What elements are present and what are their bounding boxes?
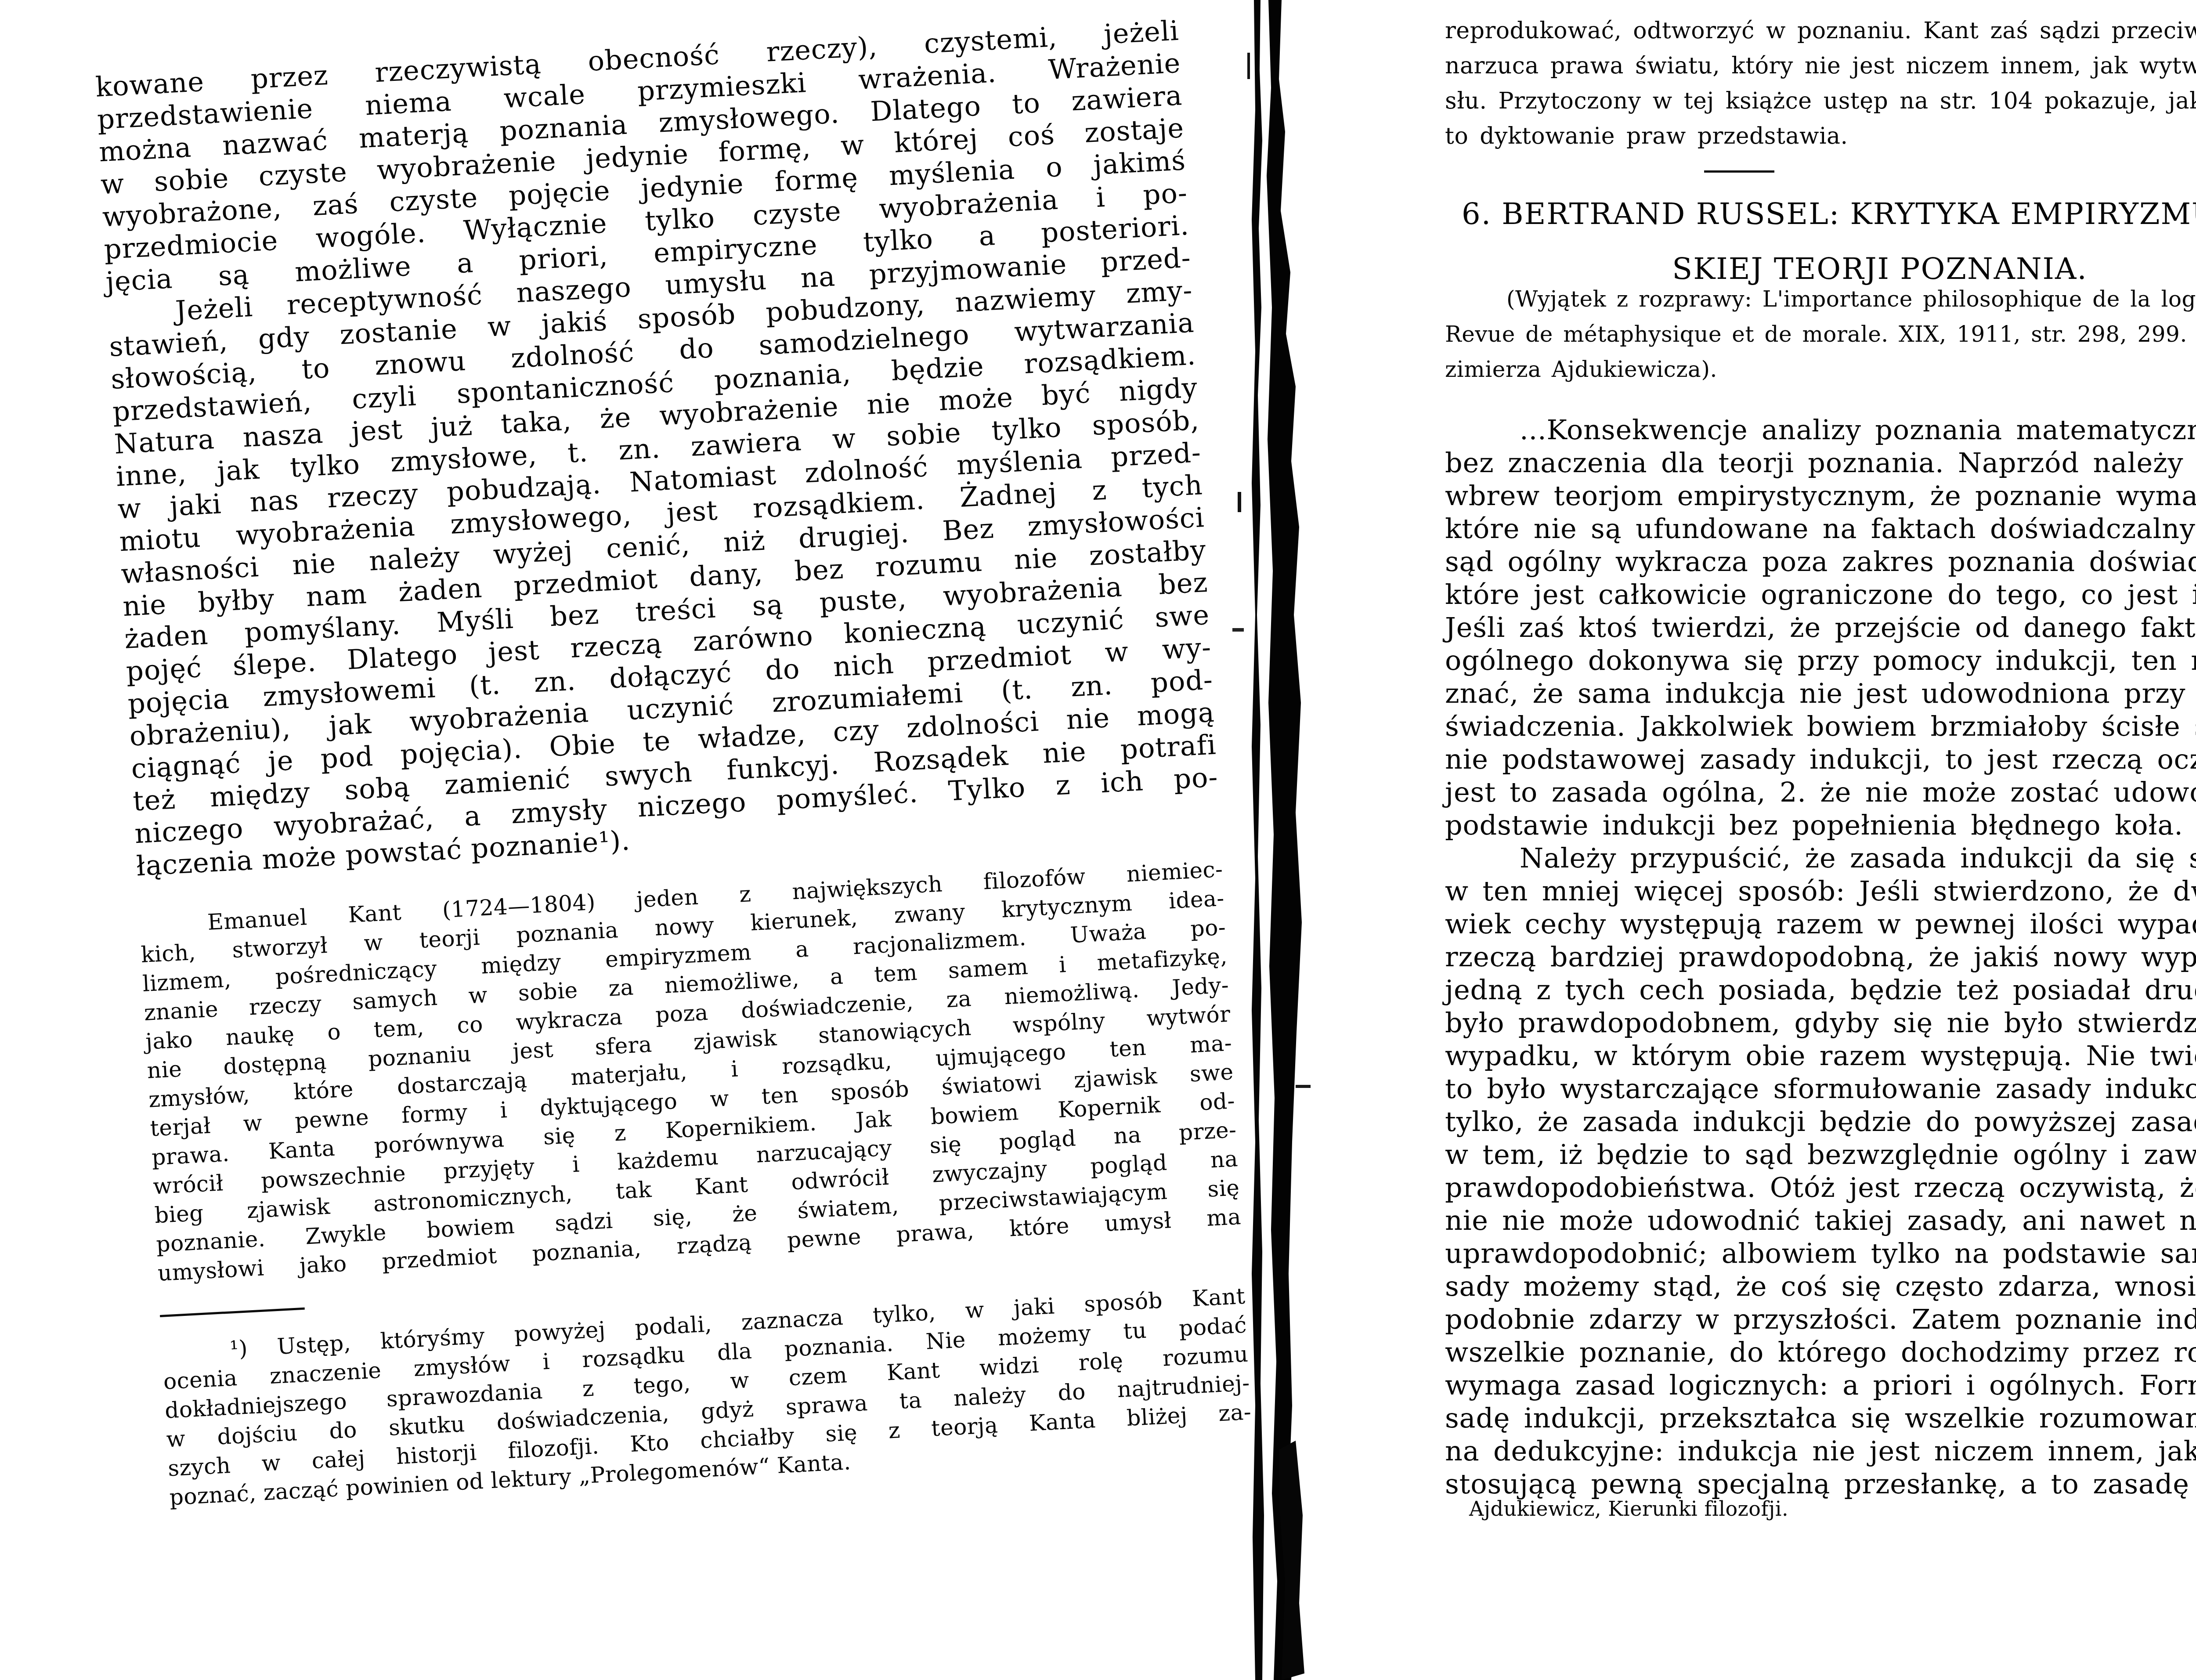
text-line: w ten mniej więcej sposób: Jeśli stwierd… — [1445, 875, 2196, 908]
text-line: jedną z tych cech posiada, będzie też po… — [1445, 974, 2196, 1007]
section-heading: 6. BERTRAND RUSSEL: KRYTYKA EMPIRYZMU I … — [1445, 197, 2196, 286]
book-signature: Ajdukiewicz, Kierunki filozofji. — [1445, 1497, 1788, 1521]
page-footer: Ajdukiewicz, Kierunki filozofji. 10 — [1445, 1497, 2196, 1525]
text-line: uprawdopodobnić; albowiem tylko na podst… — [1445, 1237, 2196, 1270]
text-line: było prawdopodobnem, gdyby się nie było … — [1445, 1007, 2196, 1040]
section-separator — [1704, 170, 1774, 173]
text-line: nie nie może udowodnić takiej zasady, an… — [1445, 1204, 2196, 1237]
text-line: znać, że sama indukcja nie jest udowodni… — [1445, 677, 2196, 710]
text-line: to było wystarczające sformułowanie zasa… — [1445, 1073, 2196, 1106]
text-line: wiek cechy występują razem w pewnej iloś… — [1445, 908, 2196, 941]
footnote: ¹)Ustęp,któryśmypowyżejpodali,zaznaczaty… — [161, 1283, 1253, 1514]
text-line: które jest całkowicie ograniczone do teg… — [1445, 578, 2196, 611]
text-line: słu. Przytoczony w tej książce ustęp na … — [1445, 88, 2196, 123]
text-line: rzeczą bardziej prawdopodobną, że jakiś … — [1445, 941, 2196, 974]
text-line: bez znaczenia dla teorji poznania. Naprz… — [1445, 447, 2196, 480]
text-line: sąd ogólny wykracza poza zakres poznania… — [1445, 546, 2196, 578]
left-page: kowaneprzezrzeczywistąobecnośćrzeczy),cz… — [0, 0, 1313, 1680]
text-line: to dyktowanie praw przedstawia. — [1445, 123, 2196, 158]
text-line: narzuca prawa światu, który nie jest nic… — [1445, 53, 2196, 88]
text-line: ogólnego dokonywa się przy pomocy indukc… — [1445, 644, 2196, 677]
russell-text-body: ...Konsekwencje analizy poznania matemat… — [1445, 414, 2196, 1501]
text-line: wymaga zasad logicznych: a priori i ogól… — [1445, 1369, 2196, 1402]
scanned-book-spread: { "ink_color": "#070707", "paper_color":… — [0, 0, 2196, 1680]
text-line: tylko, że zasada indukcji będzie do powy… — [1445, 1106, 2196, 1138]
right-page: reprodukować, odtworzyć w poznaniu. Kant… — [1313, 0, 2196, 1680]
text-line: reprodukować, odtworzyć w poznaniu. Kant… — [1445, 18, 2196, 53]
text-line: jest to zasada ogólna, 2. że nie może zo… — [1445, 776, 2196, 809]
footnote-separator — [160, 1308, 305, 1317]
section-heading-line1: 6. BERTRAND RUSSEL: KRYTYKA EMPIRYZMU I … — [1445, 197, 2196, 231]
text-line: które nie są ufundowane na faktach doświ… — [1445, 513, 2196, 546]
text-line: Revue de métaphysique et de morale. XIX,… — [1445, 322, 2196, 357]
continuation-paragraph: reprodukować, odtworzyć w poznaniu. Kant… — [1445, 18, 2196, 158]
text-line: Należy przypuścić, że zasada indukcji da… — [1445, 842, 2196, 875]
binding-gutter-artifact — [1230, 0, 1326, 1680]
text-line: sady możemy stąd, że coś się często zdar… — [1445, 1270, 2196, 1303]
text-line: sadę indukcji, przekształca się wszelkie… — [1445, 1402, 2196, 1435]
text-line: wypadku, w którym obie razem występują. … — [1445, 1040, 2196, 1073]
text-line: wszelkie poznanie, do którego dochodzimy… — [1445, 1336, 2196, 1369]
text-line: podstawie indukcji bez popełnienia błędn… — [1445, 809, 2196, 842]
text-line: na dedukcyjne: indukcja nie jest niczem … — [1445, 1435, 2196, 1468]
text-line: (Wyjątek z rozprawy: L'importance philos… — [1445, 286, 2196, 322]
text-line: ...Konsekwencje analizy poznania matemat… — [1445, 414, 2196, 447]
text-line: świadczenia. Jakkolwiek bowiem brzmiałob… — [1445, 710, 2196, 743]
section-heading-line2: SKIEJ TEORJI POZNANIA. — [1445, 252, 2196, 286]
left-page-text-block: kowaneprzezrzeczywistąobecnośćrzeczy),cz… — [95, 14, 1254, 1514]
citation-note: (Wyjątek z rozprawy: L'importance philos… — [1445, 286, 2196, 392]
text-line: prawdopodobieństwa. Otóż jest rzeczą ocz… — [1445, 1171, 2196, 1204]
kant-excerpt-paragraphs: kowaneprzezrzeczywistąobecnośćrzeczy),cz… — [95, 14, 1221, 883]
text-line: Jeśli zaś ktoś twierdzi, że przejście od… — [1445, 611, 2196, 644]
text-line: stosującą pewną specjalną przesłankę, a … — [1445, 1468, 2196, 1501]
text-line: nie podstawowej zasady indukcji, to jest… — [1445, 743, 2196, 776]
text-line: podobnie zdarzy w przyszłości. Zatem poz… — [1445, 1303, 2196, 1336]
kant-commentary-small-print: EmanuelKant(1724—1804)jedenznajwiększych… — [139, 856, 1242, 1290]
text-line: w tem, iż będzie to sąd bezwzględnie ogó… — [1445, 1138, 2196, 1171]
text-line: wbrew teorjom empirystycznym, że poznani… — [1445, 480, 2196, 513]
text-line: zimierza Ajdukiewicza). — [1445, 357, 2196, 392]
